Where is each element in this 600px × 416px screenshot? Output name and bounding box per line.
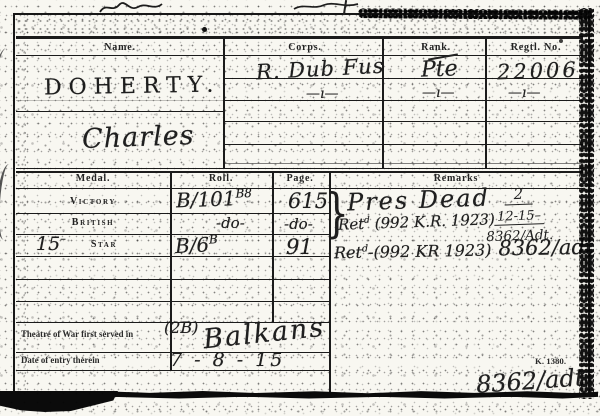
remarks-line3: Retd-(992 KR 1923)8362/adt [334, 237, 594, 263]
page-value-victory: 615 [288, 191, 328, 212]
rule-medal-top-a [16, 168, 583, 170]
divider-rank-regtl [485, 37, 487, 168]
rule-row [16, 279, 329, 280]
divider-name-corps [223, 37, 225, 168]
roll-sup: B8 [235, 186, 252, 201]
divider-roll-page [272, 171, 274, 322]
regtl-ditto-mark: —ı— [508, 86, 540, 100]
medal-row-label-victory: Victory [70, 196, 116, 207]
rule-heavy-top [16, 36, 583, 39]
remarks-column-header: Remarks [434, 173, 478, 184]
regtl-no-handwriting: 22006 [497, 60, 579, 84]
line3-rest: -(992 KR 1923) [368, 241, 492, 262]
rule-header-underline [16, 55, 583, 56]
regtl-no-column-header: Regtl. No. [511, 42, 562, 53]
rule-row [223, 144, 583, 145]
date-entry-value-handwriting: 7 - 8 - 15 [170, 351, 285, 370]
page-column-header: Page. [286, 173, 313, 184]
rank-handwriting: Pte [421, 58, 458, 81]
line3-base: Ret [334, 243, 362, 262]
page-value-british: -do- [284, 217, 313, 232]
ink-dot [559, 39, 563, 43]
rule-row [16, 301, 329, 302]
rule-row [223, 163, 583, 164]
rule-under-surname [16, 111, 223, 113]
ink-dot [202, 27, 207, 32]
corps-ditto-mark: —ı— [306, 87, 338, 101]
roll-value-british: -do- [216, 216, 245, 231]
star-prefix: 15 [36, 233, 60, 255]
roll-value-victory: B/101B8 [176, 188, 253, 211]
rank-column-header: Rank. [421, 42, 451, 53]
scan-smudge-top-edge [358, 8, 592, 20]
roll-sup: B [209, 232, 219, 246]
remarks-pres-dead: Pres Dead [347, 186, 491, 215]
scan-smudge-right-edge [579, 8, 594, 399]
medal-row-label-british: British [72, 217, 114, 228]
surname-handwriting: DOHERTY. [44, 74, 221, 99]
rule-row [223, 121, 583, 122]
rule-row [16, 213, 329, 214]
roll-value-star: B/6B [175, 234, 219, 256]
stack-month-year: 12-15– [494, 209, 544, 226]
line2-base: Ret [338, 215, 365, 234]
theatre-label: Theatre of War first served in [21, 330, 133, 340]
roll-base: B/6 [174, 232, 209, 258]
divider-medal-roll [170, 171, 172, 370]
star-prefix-sup: – [60, 232, 66, 246]
theatre-annotation: (2B) [164, 320, 198, 336]
name-column-header: Name. [104, 42, 136, 53]
star-prefix-handwriting: 15– [36, 235, 66, 254]
medal-row-label-star: Star [91, 239, 117, 250]
medal-column-header: Medal. [76, 173, 111, 184]
medal-index-card-scan: Name. Corps. Rank. Regtl. No. Medal. Rol… [0, 0, 600, 416]
page-value-star: 91 [286, 237, 313, 258]
pen-squiggle-top-center [292, 0, 362, 14]
roll-base: B/101 [176, 186, 236, 212]
stack-day: 2 [504, 187, 532, 206]
pen-squiggle-top-left [96, 0, 166, 16]
rank-ditto-mark: —ı— [422, 86, 454, 100]
scan-blob-bottom-left [0, 391, 118, 412]
rule-row [16, 256, 329, 257]
date-entry-label: Date of entry therein [21, 356, 100, 366]
roll-column-header: Roll. [209, 173, 233, 184]
forename-handwriting: Charles [82, 122, 195, 153]
corps-column-header: Corps. [288, 42, 321, 53]
